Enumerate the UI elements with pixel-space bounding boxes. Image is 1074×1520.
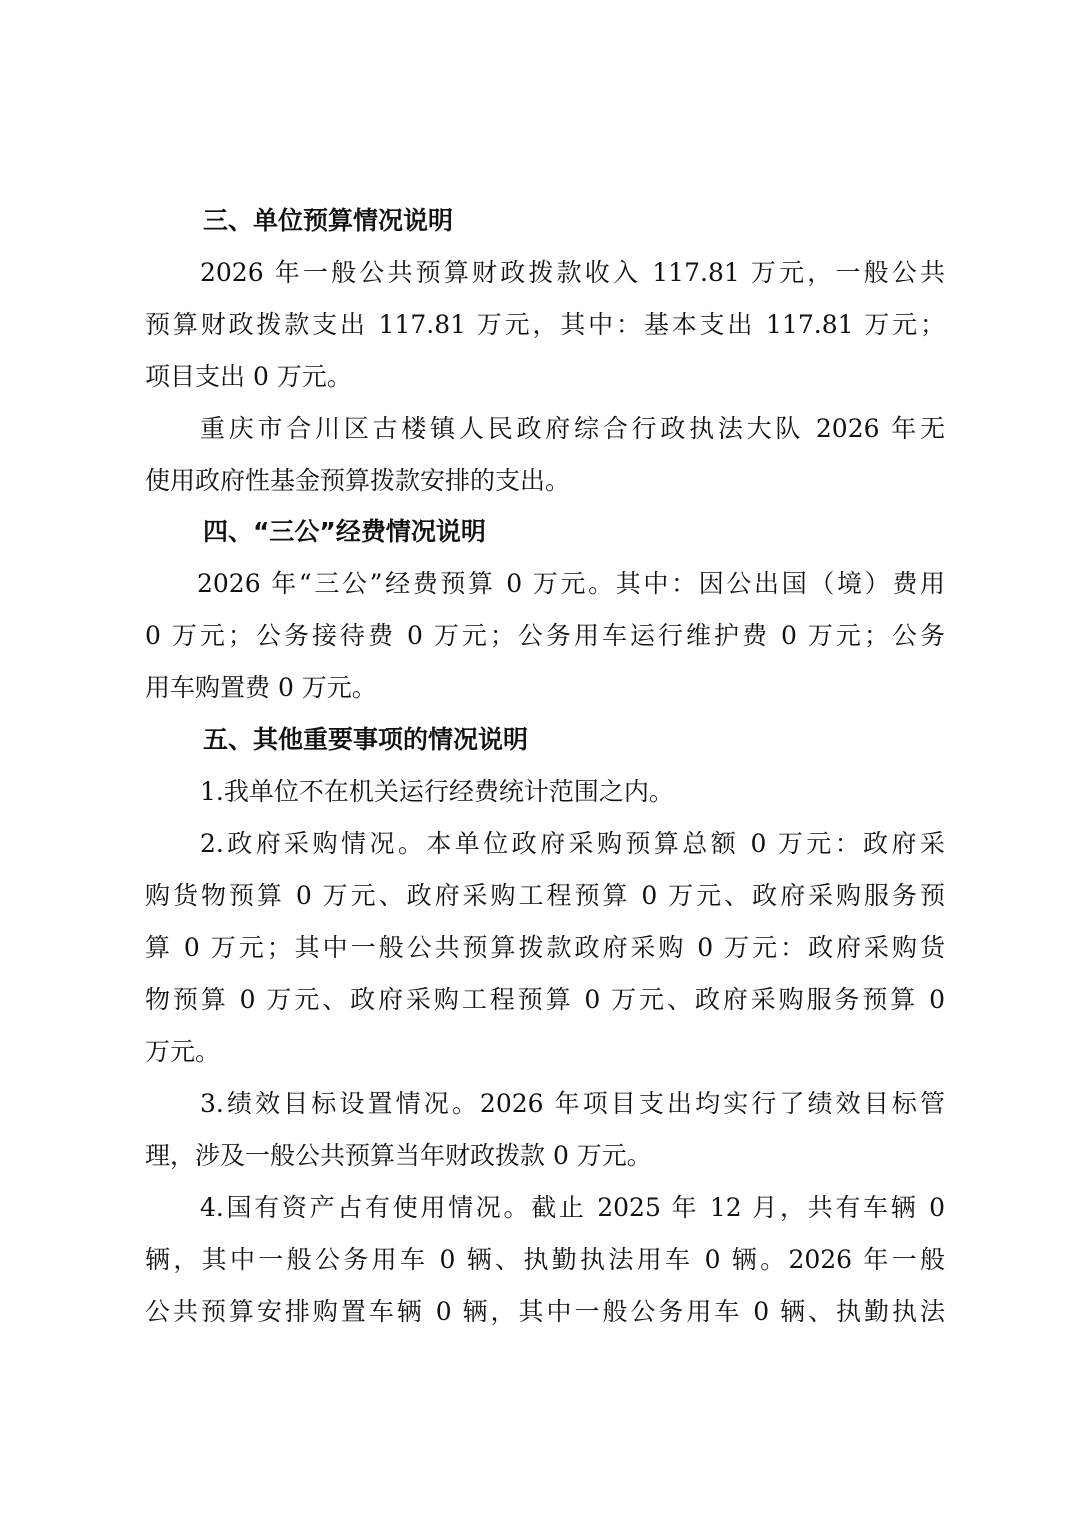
paragraph-line: 项目支出 0 万元。 xyxy=(145,351,945,403)
section-heading-budget: 三、单位预算情况说明 xyxy=(203,195,453,247)
list-item-line: 1.我单位不在机关运行经费统计范围之内。 xyxy=(200,766,945,818)
paragraph-line: 0 万元；公务接待费 0 万元；公务用车运行维护费 0 万元；公务 xyxy=(145,610,945,662)
section-heading-other-matters: 五、其他重要事项的情况说明 xyxy=(203,714,528,766)
list-item-line: 物预算 0 万元、政府采购工程预算 0 万元、政府采购服务预算 0 xyxy=(145,974,945,1026)
list-item-line: 公共预算安排购置车辆 0 辆，其中一般公务用车 0 辆、执勤执法 xyxy=(145,1286,945,1338)
paragraph-line: 预算财政拨款支出 117.81 万元，其中：基本支出 117.81 万元； xyxy=(145,299,945,351)
list-item-line: 4.国有资产占有使用情况。截止 2025 年 12 月，共有车辆 0 xyxy=(200,1182,945,1234)
paragraph-line: 用车购置费 0 万元。 xyxy=(145,662,945,714)
list-item-line: 万元。 xyxy=(145,1026,945,1078)
list-item-line: 购货物预算 0 万元、政府采购工程预算 0 万元、政府采购服务预 xyxy=(145,870,945,922)
paragraph-line: 重庆市合川区古楼镇人民政府综合行政执法大队 2026 年无 xyxy=(200,403,945,455)
section-heading-three-public: 四、“三公”经费情况说明 xyxy=(203,506,486,558)
list-item-line: 理，涉及一般公共预算当年财政拨款 0 万元。 xyxy=(145,1130,945,1182)
paragraph-line: 2026 年“三公”经费预算 0 万元。其中：因公出国（境）费用 xyxy=(197,558,945,610)
list-item-line: 2.政府采购情况。本单位政府采购预算总额 0 万元：政府采 xyxy=(200,818,945,870)
list-item-line: 算 0 万元；其中一般公共预算拨款政府采购 0 万元：政府采购货 xyxy=(145,922,945,974)
paragraph-line: 2026 年一般公共预算财政拨款收入 117.81 万元，一般公共 xyxy=(200,247,945,299)
list-item-line: 辆，其中一般公务用车 0 辆、执勤执法用车 0 辆。2026 年一般 xyxy=(145,1234,945,1286)
document-page: 三、单位预算情况说明 2026 年一般公共预算财政拨款收入 117.81 万元，… xyxy=(0,0,1074,1520)
list-item-line: 3.绩效目标设置情况。2026 年项目支出均实行了绩效目标管 xyxy=(200,1078,945,1130)
paragraph-line: 使用政府性基金预算拨款安排的支出。 xyxy=(145,455,945,507)
